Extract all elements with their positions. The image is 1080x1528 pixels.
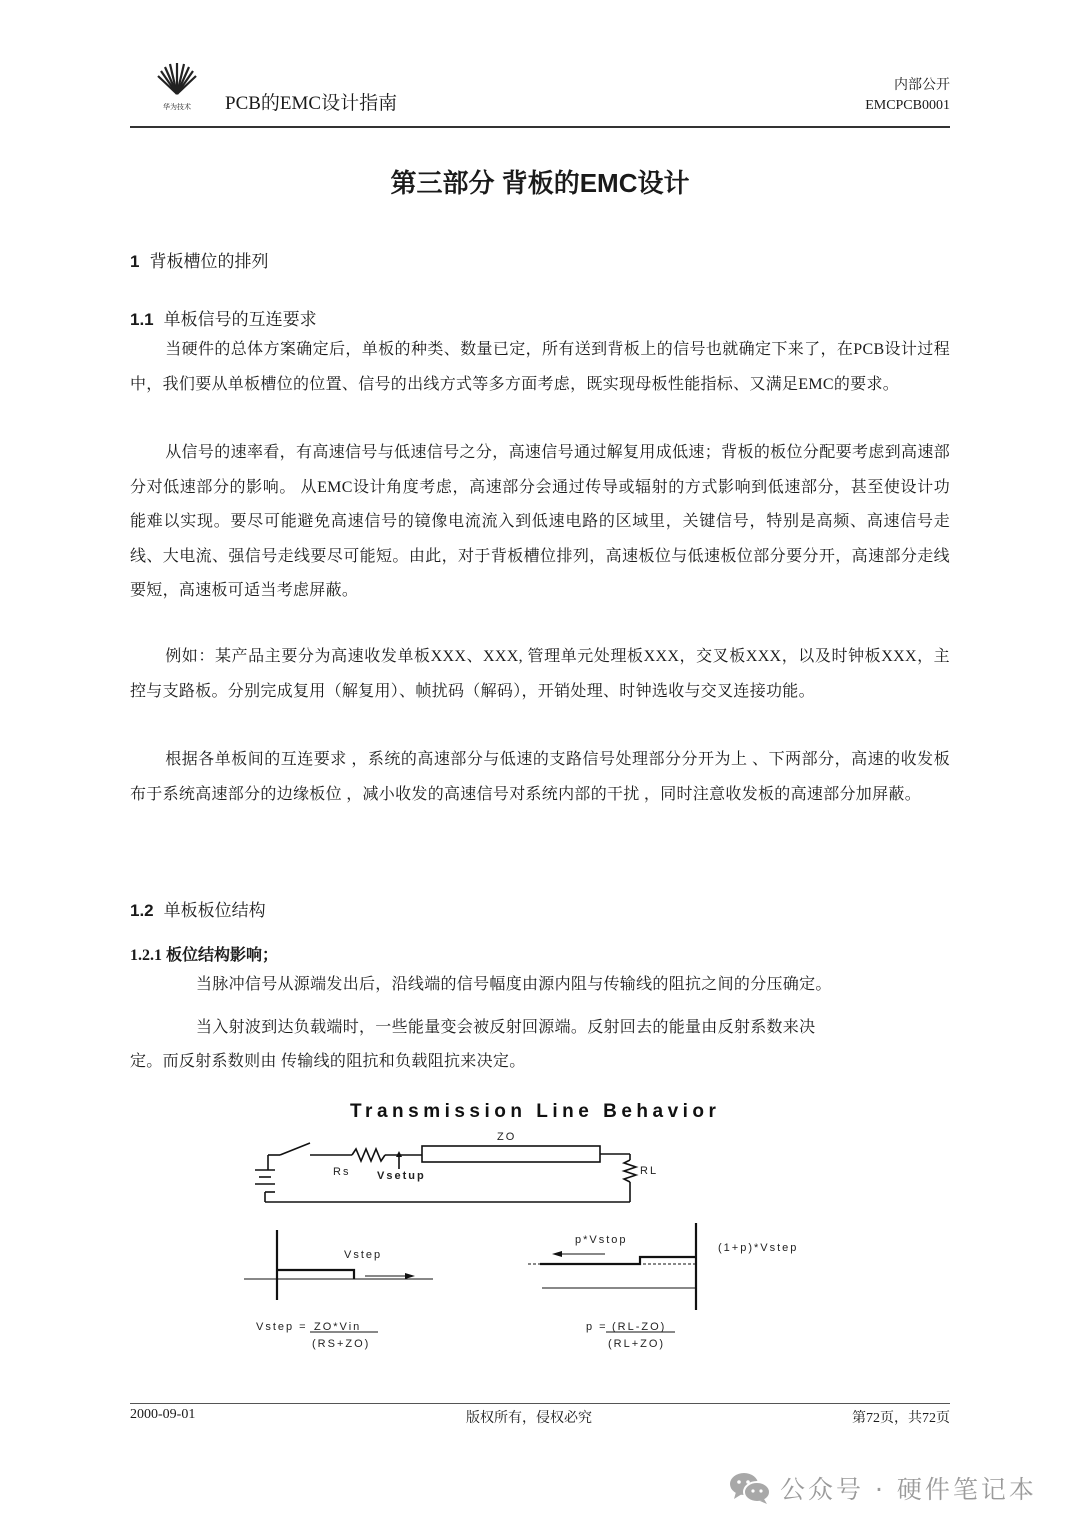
arrow-left-icon xyxy=(552,1251,562,1257)
paragraph-2: 从信号的速率看，有高速信号与低速信号之分，高速信号通过解复用成低速；背板的板位分… xyxy=(130,436,950,609)
shell-logo-icon: 华为技术 xyxy=(152,62,202,114)
footer-divider xyxy=(130,1403,950,1404)
company-logo: 华为技术 xyxy=(152,62,202,114)
incident-wave-plot xyxy=(244,1230,433,1300)
arrow-right-icon xyxy=(405,1273,415,1279)
classification-label: 内部公开 xyxy=(865,76,950,96)
part-title: 第三部分 背板的EMC设计 xyxy=(130,163,950,200)
wechat-icon xyxy=(728,1471,772,1505)
diagram-title: Transmission Line Behavior xyxy=(350,1101,720,1122)
watermark-text: 公众号 · 硬件笔记本 xyxy=(780,1470,1037,1506)
vsetup-label: Vsetup xyxy=(377,1170,426,1182)
section-number: 1.2 xyxy=(130,901,154,920)
section-heading-1: 1背板槽位的排列 xyxy=(130,247,268,272)
document-id: EMCPCB0001 xyxy=(865,96,950,116)
paragraph-3: 例如：某产品主要分为高速收发单板XXX、XXX, 管理单元处理板XXX，交叉板X… xyxy=(130,640,950,709)
page-header: 华为技术 PCB的EMC设计指南 内部公开 EMCPCB0001 xyxy=(130,58,950,124)
section-number: 1 xyxy=(130,252,139,271)
vstep-equation-numerator: ZO*Vin xyxy=(314,1321,361,1333)
rs-label: Rs xyxy=(333,1166,350,1178)
paragraph-6b: 定。而反射系数则由 传输线的阻抗和负载阻抗来决定。 xyxy=(130,1045,950,1080)
circuit-schematic xyxy=(255,1143,636,1202)
circuit-figure: Transmission Line Behavior xyxy=(240,1095,840,1365)
vstep-equation-lhs: Vstep = xyxy=(256,1321,308,1333)
paragraph-6a: 当入射波到达负载端时，一些能量变会被反射回源端。反射回去的能量由反射系数来决 xyxy=(130,1011,950,1046)
load-voltage-label: (1+p)*Vstep xyxy=(718,1242,798,1254)
section-heading-1-2-1: 1.2.1 板位结构影响； xyxy=(130,942,278,965)
section-title: 板位结构影响； xyxy=(166,947,278,964)
header-meta: 内部公开 EMCPCB0001 xyxy=(865,76,950,116)
header-divider xyxy=(130,126,950,128)
footer-copyright: 版权所有，侵权必究 xyxy=(466,1407,592,1427)
footer-page-number: 第72页，共72页 xyxy=(852,1407,950,1427)
vstep-label: Vstep xyxy=(344,1249,382,1261)
footer-date: 2000-09-01 xyxy=(130,1407,195,1423)
document-title: PCB的EMC设计指南 xyxy=(225,88,397,115)
wechat-watermark: 公众号 · 硬件笔记本 xyxy=(728,1468,1037,1508)
section-heading-1-1: 1.1单板信号的互连要求 xyxy=(130,305,317,330)
paragraph-5: 当脉冲信号从源端发出后，沿线端的信号幅度由源内阻与传输线的阻抗之间的分压确定。 xyxy=(130,968,950,1003)
section-title: 单板信号的互连要求 xyxy=(164,310,317,329)
reflected-wave-label: p*Vstop xyxy=(575,1234,628,1246)
vstep-equation-denominator: (RS+ZO) xyxy=(312,1338,370,1350)
p-equation-numerator: (RL-ZO) xyxy=(612,1321,666,1333)
section-title: 背板槽位的排列 xyxy=(149,252,268,271)
p-equation-lhs: p = xyxy=(586,1321,608,1333)
zo-label: ZO xyxy=(497,1131,516,1143)
section-number: 1.1 xyxy=(130,310,154,329)
section-title: 单板板位结构 xyxy=(164,901,266,920)
paragraph-1: 当硬件的总体方案确定后，单板的种类、数量已定，所有送到背板上的信号也就确定下来了… xyxy=(130,333,950,402)
svg-text:华为技术: 华为技术 xyxy=(163,102,191,111)
paragraph-4: 根据各单板间的互连要求 ，系统的高速部分与低速的支路信号处理部分分开为上 、下两… xyxy=(130,743,950,812)
rl-label: RL xyxy=(640,1165,658,1177)
section-heading-1-2: 1.2单板板位结构 xyxy=(130,896,266,921)
p-equation-denominator: (RL+ZO) xyxy=(608,1338,665,1350)
section-number: 1.2.1 xyxy=(130,947,162,964)
transmission-line-diagram: Transmission Line Behavior xyxy=(240,1095,840,1365)
